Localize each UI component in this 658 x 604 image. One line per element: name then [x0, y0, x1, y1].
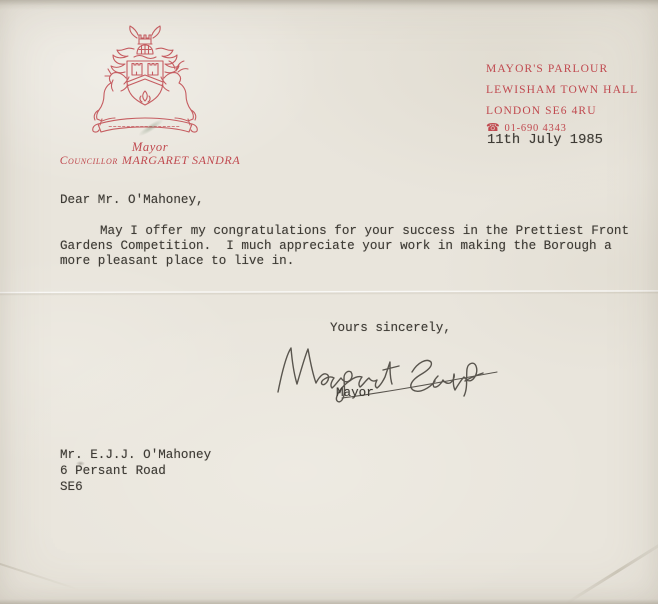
letterhead-address-line-2: LEWISHAM TOWN HALL [486, 84, 638, 96]
lewisham-coat-of-arms-icon [80, 24, 210, 138]
corner-crease [566, 522, 658, 604]
scan-bottom-edge [0, 599, 658, 604]
signature-margaret-sandra [272, 336, 504, 404]
body-line-1: May I offer my congratulations for your … [100, 224, 629, 238]
office-holder: CouncillorMARGARET SANDRA [20, 153, 280, 168]
closing-phrase: Yours sincerely, [330, 321, 451, 335]
typo-smudge [76, 461, 85, 466]
body-line-2: Gardens Competition. I much appreciate y… [60, 239, 612, 253]
body-line-3: more pleasant place to live in. [60, 254, 294, 268]
scanned-letter: Mayor CouncillorMARGARET SANDRA MAYOR'S … [0, 0, 658, 604]
recipient-name: Mr. E.J.J. O'Mahoney [60, 448, 211, 462]
letterhead-address-line-1: MAYOR'S PARLOUR [486, 63, 608, 75]
corner-crease [0, 559, 80, 591]
recipient-postcode: SE6 [60, 480, 83, 494]
signer-title: Mayor [336, 386, 374, 400]
salutation: Dear Mr. O'Mahoney, [60, 193, 204, 207]
scan-top-edge [0, 0, 658, 10]
office-holder-prefix: Councillor [60, 155, 118, 167]
paper-fold-crease [0, 290, 658, 296]
office-holder-name: MARGARET SANDRA [122, 153, 240, 167]
recipient-street: 6 Persant Road [60, 464, 166, 478]
letter-date: 11th July 1985 [487, 133, 603, 148]
letterhead-address-line-3: LONDON SE6 4RU [486, 105, 597, 117]
